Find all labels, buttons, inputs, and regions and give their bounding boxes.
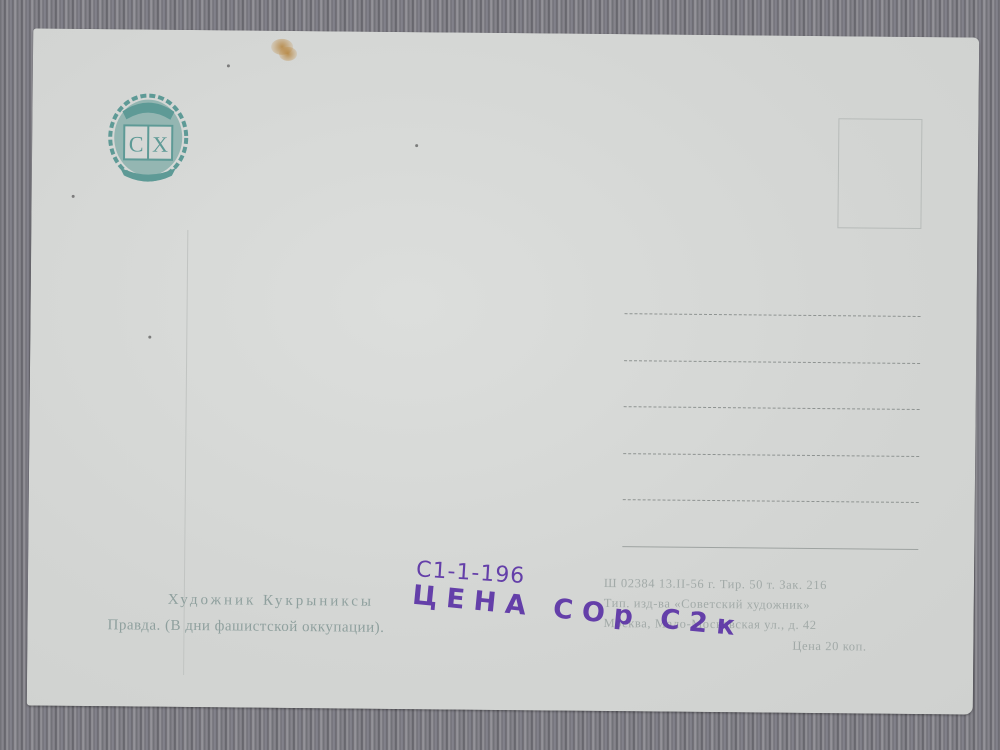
speck <box>72 195 75 198</box>
artist-caption: Художник Кукрыниксы <box>168 592 374 611</box>
stain <box>279 47 297 61</box>
svg-text:С: С <box>129 131 144 156</box>
address-line <box>624 406 920 410</box>
address-line <box>622 546 918 550</box>
sx-publisher-emblem-icon: С Х <box>104 89 193 186</box>
artwork-title-caption: Правда. (В дни фашистской оккупации). <box>107 617 384 637</box>
price-line: Цена 20 коп. <box>792 639 866 655</box>
speck <box>227 64 230 67</box>
address-line <box>623 453 919 457</box>
imprint-line-1: Ш 02384 13.II-56 г. Тир. 50 т. Зак. 216 <box>604 576 827 593</box>
speck <box>415 144 418 147</box>
address-line <box>623 499 919 503</box>
postage-stamp-box <box>837 118 922 229</box>
address-line <box>625 313 921 317</box>
postcard: С Х Художник Кукрыниксы Правда. (В дни ф… <box>27 28 979 714</box>
speck <box>148 336 151 339</box>
svg-text:Х: Х <box>152 132 168 157</box>
address-line <box>624 360 920 364</box>
